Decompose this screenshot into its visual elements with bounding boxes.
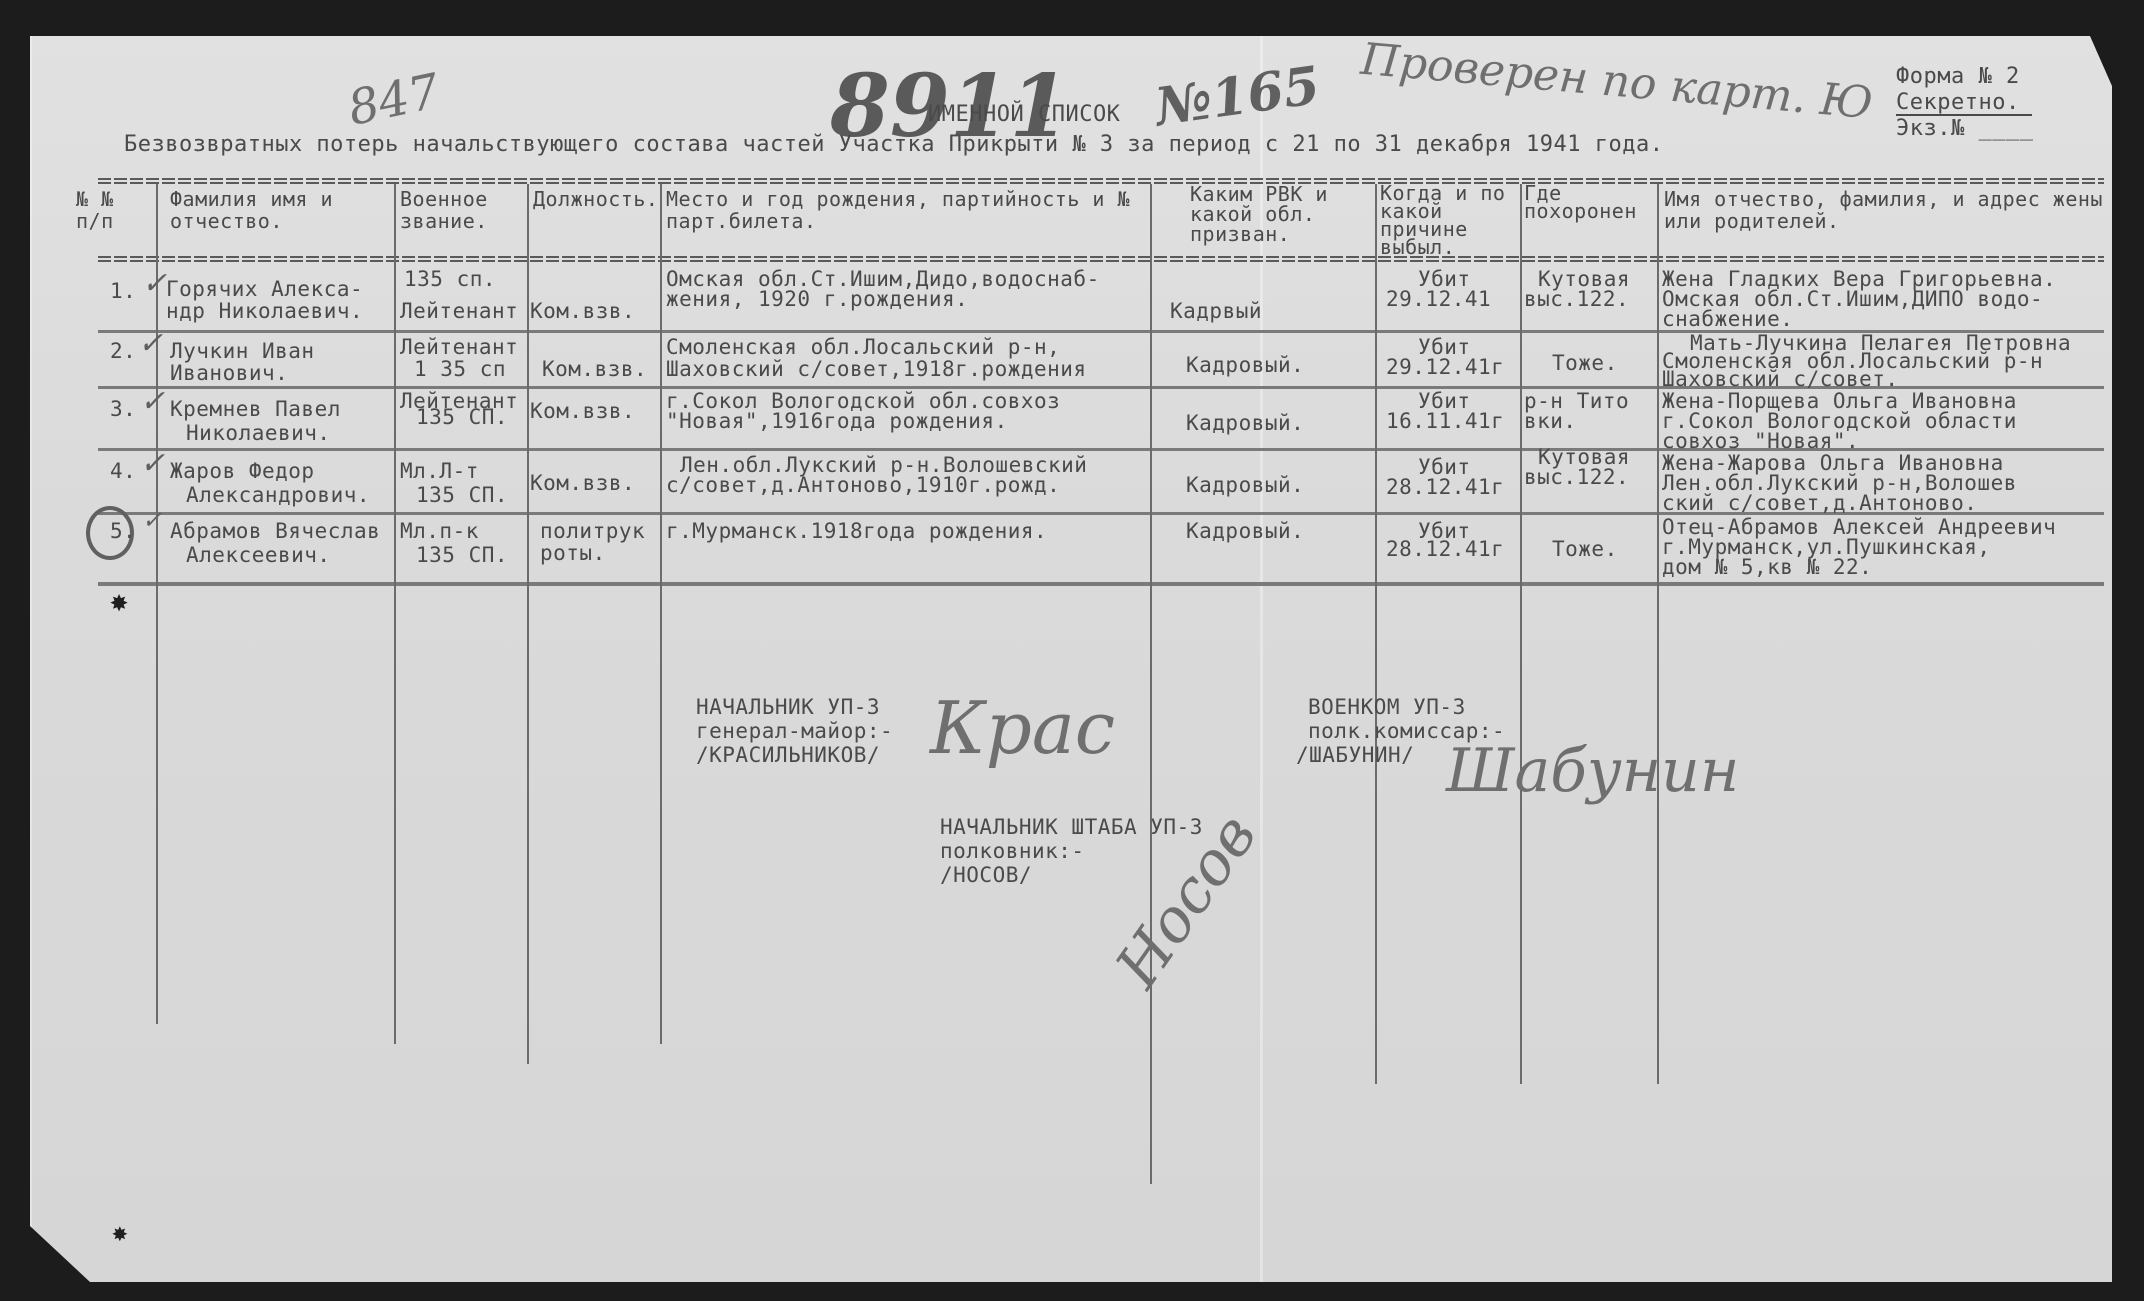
signature-title: НАЧАЛЬНИК ШТАБА УП-3 [940,816,1203,838]
position-line: роты. [540,542,606,564]
position-text: Ком.взв. [530,300,635,322]
relatives-line: снабжение. [1662,308,1793,330]
buried-line: вки. [1524,410,1577,432]
rank-line: Лейтенант [400,300,518,322]
left-date: 29.12.41 [1386,288,1491,310]
birth-line: жения, 1920 г.рождения. [666,288,968,310]
buried-line: выс.122. [1524,288,1629,310]
column-line [527,184,529,1064]
checkmark-icon: ✓ [140,384,165,419]
signature-rank: полковник:- [940,840,1085,862]
handwritten-list-number: №165 [1152,55,1324,138]
paper-fold [30,36,32,1282]
name-line: Алексеевич. [186,544,331,566]
column-line [1520,184,1522,1084]
table-header-rule [98,256,2104,262]
signature-title: НАЧАЛЬНИК УП-3 [696,696,880,718]
drafted-text: Кадровый. [1186,412,1304,434]
checkmark-icon: ✓ [142,266,167,301]
row-number: 3. [110,398,136,420]
handwritten-signature: Крас [930,686,1115,770]
rank-line: Мл.п-к [400,520,479,542]
relatives-line: ский с/совет,д.Антоново. [1662,492,1977,514]
buried-line: Тоже. [1552,352,1618,374]
checkmark-icon: ✓ [142,506,162,534]
name-line: Горячих Алекса- [166,278,363,300]
column-header-birth: Место и год рождения, партийность и № па… [666,188,1146,232]
left-date: 16.11.41г [1386,410,1504,432]
column-line [1657,184,1659,1084]
ink-blot-icon: ✸ [110,584,128,619]
buried-line: выс.122. [1524,466,1629,488]
document-subtitle: Безвозвратных потерь начальствующего сос… [124,134,1663,156]
rank-line: 1 35 сп [414,358,506,380]
column-line [1150,184,1152,1184]
column-header-buried: Где похоронен [1524,184,1654,220]
column-line [1375,184,1377,1084]
position-text: Ком.взв. [542,358,647,380]
left-date: 29.12.41г [1386,356,1504,378]
name-line: ндр Николаевич. [166,300,363,322]
rank-line: Мл.Л-т [400,460,479,482]
signature-name: /КРАСИЛЬНИКОВ/ [696,744,880,766]
position-line: политрук [540,520,645,542]
name-line: Жаров Федор [170,460,315,482]
column-header-number: № № п/п [76,188,146,232]
handwritten-note: Проверен по карт. Ю [1359,36,1875,129]
left-date: 28.12.41г [1386,538,1504,560]
birth-line: Шаховский с/совет,1918г.рождения [666,358,1087,380]
column-header-name: Фамилия имя и отчество. [170,188,390,232]
column-line [394,184,396,1044]
handwritten-signature: Шабунин [1446,736,1739,806]
row-number: 5. [110,520,136,542]
signature-name: /ШАБУНИН/ [1296,744,1414,766]
position-text: Ком.взв. [530,472,635,494]
name-line: Иванович. [170,362,288,384]
rank-line: 135 СП. [416,544,508,566]
left-date: 28.12.41г [1386,476,1504,498]
drafted-text: Кадрвый [1170,300,1262,322]
birth-line: Смоленская обл.Лосальский р-н, [666,336,1060,358]
signature-rank: генерал-майор:- [696,720,893,742]
relatives-line: совхоз "Новая". [1662,430,1859,452]
buried-line: Тоже. [1552,538,1618,560]
rank-line: 135 СП. [416,484,508,506]
document-page: 847 8911 №165 Проверен по карт. Ю Форма … [30,36,2112,1282]
name-line: Кремнев Павел [170,398,341,420]
birth-line: г.Мурманск.1918года рождения. [666,520,1047,542]
column-header-drafted: Каким РВК и какой обл. призван. [1190,184,1370,244]
position-text: Ком.взв. [530,400,635,422]
row-number: 1. [110,280,136,302]
copy-label: Экз.№ ____ [1896,118,2033,140]
rank-line: 135 СП. [416,406,508,428]
row-number: 2. [110,340,136,362]
relatives-line: Шаховский с/совет. [1662,368,1899,390]
rank-line: 135 сп. [404,268,496,290]
column-header-position: Должность. [533,188,653,210]
table-top-rule [98,178,2104,184]
column-header-rank: Военное звание. [400,188,520,232]
name-line: Николаевич. [186,422,331,444]
column-header-left: Когда и по какой причине выбыл. [1380,184,1520,256]
form-label: Форма № 2 [1896,66,2020,88]
document-title: ИМЕННОЙ СПИСОК [928,104,1120,126]
handwritten-corner-number: 847 [343,63,444,137]
table-bottom-rule [98,582,2104,586]
relatives-line: дом № 5,кв № 22. [1662,556,1872,578]
checkmark-icon: ✓ [138,326,163,361]
column-line [660,184,662,1044]
signature-name: /НОСОВ/ [940,864,1032,886]
birth-line: "Новая",1916года рождения. [666,410,1008,432]
row-number: 4. [110,460,136,482]
checkmark-icon: ✓ [140,446,165,481]
name-line: Александрович. [186,484,370,506]
secret-label: Секретно. [1896,92,2032,116]
column-header-relatives: Имя отчество, фамилия, и адрес жены или … [1664,188,2104,232]
drafted-text: Кадровый. [1186,474,1304,496]
name-line: Лучкин Иван [170,340,315,362]
ink-blot-icon: ✸ [112,1218,128,1248]
column-line [156,184,158,1024]
signature-title: ВОЕНКОМ УП-3 [1308,696,1466,718]
rank-line: Лейтенант [400,336,518,358]
name-line: Абрамов Вячеслав [170,520,380,542]
birth-line: с/совет,д.Антоново,1910г.рожд. [666,474,1060,496]
drafted-text: Кадровый. [1186,520,1304,542]
drafted-text: Кадровый. [1186,354,1304,376]
